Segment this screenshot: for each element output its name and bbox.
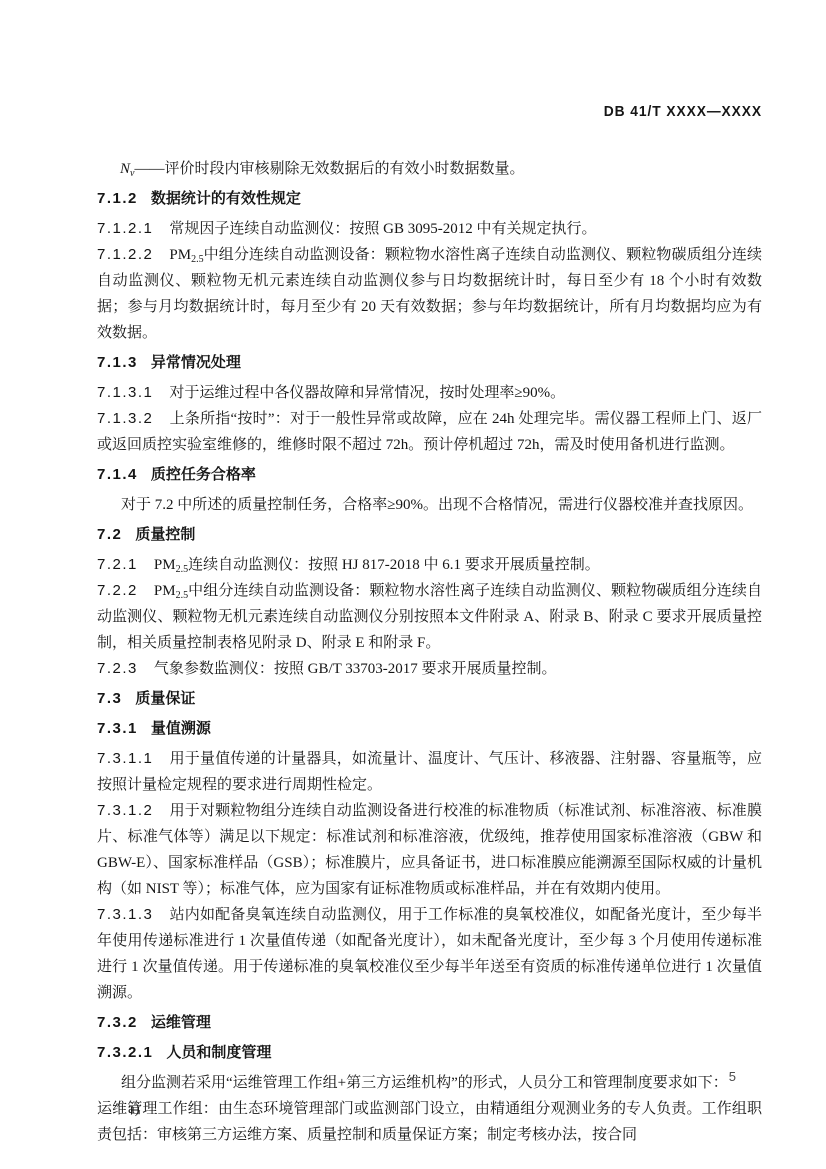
paragraph: 组分监测若采用“运维管理工作组+第三方运维机构”的形式，人员分工和管理制度要求如… [97, 1070, 762, 1096]
clause-text: 气象参数监测仪：按照 GB/T 33703-2017 要求开展质量控制。 [154, 661, 557, 677]
text-run: 运维管理工作组：由生态环境管理部门或监测部门设立，由精通组分观测业务的专人负责。… [97, 1101, 762, 1143]
clause-7.1.2.2: 7.1.2.2PM2.5中组分连续自动监测设备：颗粒物水溶性离子连续自动监测仪、… [97, 242, 762, 346]
clause-text: PM2.5中组分连续自动监测设备：颗粒物水溶性离子连续自动监测仪、颗粒物碳质组分… [97, 247, 762, 341]
text-run: 连续自动监测仪：按照 HJ 817-2018 中 6.1 要求开展质量控制。 [188, 557, 600, 573]
subscript: 2.5 [176, 564, 189, 575]
heading-number: 7.1.4 [97, 466, 138, 483]
clause-number: 7.3.1.3 [97, 906, 153, 923]
text-run: 常规因子连续自动监测仪：按照 GB 3095-2012 中有关规定执行。 [169, 221, 596, 237]
heading-number: 7.1.2 [97, 190, 138, 207]
section-heading-7.3.2: 7.3.2运维管理 [97, 1010, 762, 1036]
clause-7.2.3: 7.2.3气象参数监测仪：按照 GB/T 33703-2017 要求开展质量控制… [97, 656, 762, 682]
heading-number: 7.3.1 [97, 720, 138, 737]
standard-number: DB 41/T XXXX—XXXX [604, 102, 762, 122]
definition-line: Nv——评价时段内审核剔除无效数据后的有效小时数据数量。 [97, 156, 762, 182]
clause-7.1.3.2: 7.1.3.2上条所指“按时”：对于一般性异常或故障，应在 24h 处理完毕。需… [97, 406, 762, 458]
document-body: Nv——评价时段内审核剔除无效数据后的有效小时数据数量。7.1.2数据统计的有效… [97, 156, 762, 1148]
section-heading-7.1.4: 7.1.4质控任务合格率 [97, 462, 762, 488]
subscript: 2.5 [191, 254, 204, 265]
heading-number: 7.1.3 [97, 354, 138, 371]
clause-text: PM2.5中组分连续自动监测设备：颗粒物水溶性离子连续自动监测仪、颗粒物碳质组分… [97, 583, 762, 651]
text-run: 用于量值传递的计量器具，如流量计、温度计、气压计、移液器、注射器、容量瓶等，应按… [97, 751, 762, 793]
italic-symbol: N [120, 161, 130, 177]
clause-7.2.1: 7.2.1PM2.5连续自动监测仪：按照 HJ 817-2018 中 6.1 要… [97, 552, 762, 578]
section-heading-7.3: 7.3质量保证 [97, 686, 762, 712]
heading-title: 数据统计的有效性规定 [151, 190, 301, 207]
text-run: 站内如配备臭氧连续自动监测仪，用于工作标准的臭氧校准仪，如配备光度计，至少每半年… [97, 907, 762, 1001]
clause-number: 7.2.3 [97, 660, 138, 677]
text-run: 对于运维过程中各仪器故障和异常情况，按时处理率≥90%。 [169, 385, 565, 401]
clause-text: 常规因子连续自动监测仪：按照 GB 3095-2012 中有关规定执行。 [169, 221, 596, 237]
list-marker: a) [128, 1096, 140, 1122]
clause-text: PM2.5连续自动监测仪：按照 HJ 817-2018 中 6.1 要求开展质量… [154, 557, 600, 573]
heading-title: 质控任务合格率 [151, 466, 256, 483]
clause-text: 对于运维过程中各仪器故障和异常情况，按时处理率≥90%。 [169, 385, 565, 401]
section-heading-7.2: 7.2质量控制 [97, 522, 762, 548]
section-heading-7.1.2: 7.1.2数据统计的有效性规定 [97, 186, 762, 212]
clause-number: 7.2.1 [97, 556, 138, 573]
text-run: 中组分连续自动监测设备：颗粒物水溶性离子连续自动监测仪、颗粒物碳质组分连续自动监… [97, 583, 762, 651]
paragraph: 对于 7.2 中所述的质量控制任务，合格率≥90%。出现不合格情况，需进行仪器校… [97, 492, 762, 518]
heading-title: 量值溯源 [151, 720, 211, 737]
page-number: 5 [729, 1068, 736, 1086]
clause-text: 用于对颗粒物组分连续自动监测设备进行校准的标准物质（标准试剂、标准溶液、标准膜片… [97, 803, 762, 897]
text-run: ——评价时段内审核剔除无效数据后的有效小时数据数量。 [134, 161, 524, 177]
list-item-text: 运维管理工作组：由生态环境管理部门或监测部门设立，由精通组分观测业务的专人负责。… [97, 1101, 762, 1143]
heading-title: 质量控制 [135, 526, 195, 543]
text-run: 气象参数监测仪：按照 GB/T 33703-2017 要求开展质量控制。 [154, 661, 557, 677]
heading-number: 7.3 [97, 690, 122, 707]
text-run: 用于对颗粒物组分连续自动监测设备进行校准的标准物质（标准试剂、标准溶液、标准膜片… [97, 803, 762, 897]
clause-7.3.1.1: 7.3.1.1用于量值传递的计量器具，如流量计、温度计、气压计、移液器、注射器、… [97, 746, 762, 798]
document-page: DB 41/T XXXX—XXXX Nv——评价时段内审核剔除无效数据后的有效小… [0, 0, 826, 1169]
list-item-a: a)运维管理工作组：由生态环境管理部门或监测部门设立，由精通组分观测业务的专人负… [97, 1096, 762, 1148]
text-run: PM [169, 247, 191, 263]
heading-title: 质量保证 [135, 690, 195, 707]
clause-7.1.2.1: 7.1.2.1常规因子连续自动监测仪：按照 GB 3095-2012 中有关规定… [97, 216, 762, 242]
clause-text: 站内如配备臭氧连续自动监测仪，用于工作标准的臭氧校准仪，如配备光度计，至少每半年… [97, 907, 762, 1001]
section-heading-7.3.2.1: 7.3.2.1人员和制度管理 [97, 1040, 762, 1066]
clause-text: 上条所指“按时”：对于一般性异常或故障，应在 24h 处理完毕。需仪器工程师上门… [97, 411, 762, 453]
text-run: 上条所指“按时”：对于一般性异常或故障，应在 24h 处理完毕。需仪器工程师上门… [97, 411, 762, 453]
text-run: 对于 7.2 中所述的质量控制任务，合格率≥90%。出现不合格情况，需进行仪器校… [121, 497, 753, 513]
text-run: 组分监测若采用“运维管理工作组+第三方运维机构”的形式，人员分工和管理制度要求如… [121, 1075, 728, 1091]
heading-number: 7.2 [97, 526, 122, 543]
clause-7.3.1.3: 7.3.1.3站内如配备臭氧连续自动监测仪，用于工作标准的臭氧校准仪，如配备光度… [97, 902, 762, 1006]
clause-text: 用于量值传递的计量器具，如流量计、温度计、气压计、移液器、注射器、容量瓶等，应按… [97, 751, 762, 793]
clause-number: 7.1.3.1 [97, 384, 153, 401]
heading-title: 异常情况处理 [151, 354, 241, 371]
heading-number: 7.3.2 [97, 1014, 138, 1031]
section-heading-7.1.3: 7.1.3异常情况处理 [97, 350, 762, 376]
text-run: PM [154, 557, 176, 573]
clause-number: 7.1.3.2 [97, 410, 153, 427]
heading-title: 人员和制度管理 [166, 1044, 271, 1061]
section-heading-7.3.1: 7.3.1量值溯源 [97, 716, 762, 742]
clause-number: 7.3.1.2 [97, 802, 153, 819]
clause-number: 7.1.2.1 [97, 220, 153, 237]
clause-number: 7.1.2.2 [97, 246, 153, 263]
page-header: DB 41/T XXXX—XXXX [97, 102, 762, 122]
heading-title: 运维管理 [151, 1014, 211, 1031]
clause-7.1.3.1: 7.1.3.1对于运维过程中各仪器故障和异常情况，按时处理率≥90%。 [97, 380, 762, 406]
text-run: PM [154, 583, 176, 599]
subscript: 2.5 [176, 590, 189, 601]
clause-7.2.2: 7.2.2PM2.5中组分连续自动监测设备：颗粒物水溶性离子连续自动监测仪、颗粒… [97, 578, 762, 656]
heading-number: 7.3.2.1 [97, 1044, 153, 1061]
clause-7.3.1.2: 7.3.1.2用于对颗粒物组分连续自动监测设备进行校准的标准物质（标准试剂、标准… [97, 798, 762, 902]
clause-number: 7.2.2 [97, 582, 138, 599]
clause-number: 7.3.1.1 [97, 750, 153, 767]
